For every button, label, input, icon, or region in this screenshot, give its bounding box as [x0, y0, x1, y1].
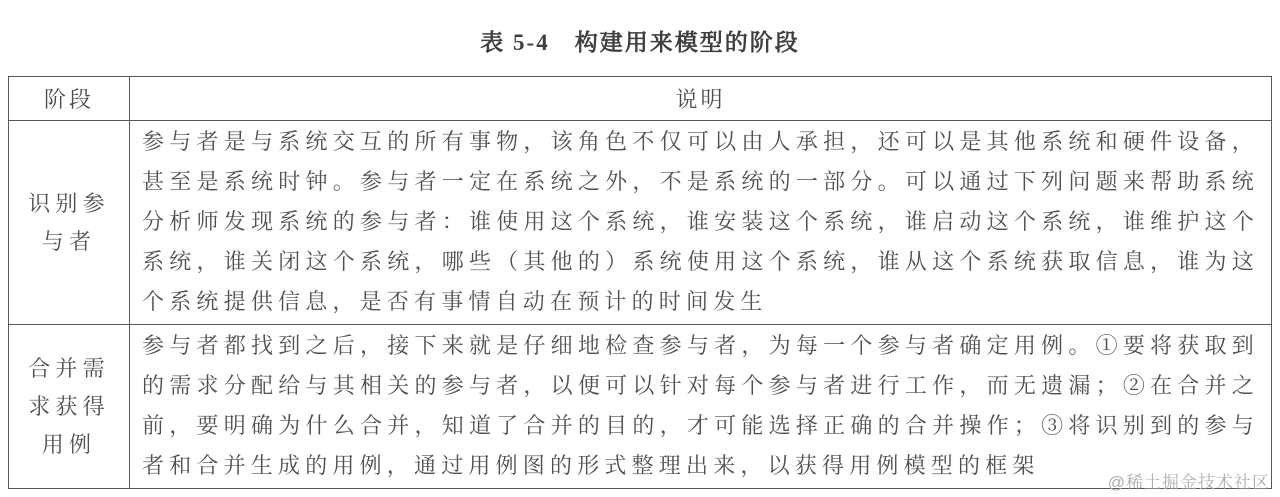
table-header-row: 阶段 说明	[9, 77, 1272, 121]
document-page: 表 5-4 构建用来模型的阶段 阶段 说明 识别参与者 参与者是与系统交互的所有…	[0, 0, 1280, 497]
watermark: @稀土掘金技术社区	[1108, 468, 1270, 493]
column-header-description: 说明	[130, 77, 1272, 121]
stages-table: 阶段 说明 识别参与者 参与者是与系统交互的所有事物，该角色不仅可以由人承担，还…	[8, 76, 1272, 489]
stage-label: 合并需求获得用例	[27, 350, 111, 464]
table-row: 识别参与者 参与者是与系统交互的所有事物，该角色不仅可以由人承担，还可以是其他系…	[9, 121, 1272, 325]
table-caption: 表 5-4 构建用来模型的阶段	[0, 0, 1280, 76]
stage-cell: 合并需求获得用例	[9, 325, 130, 489]
stage-description: 参与者都找到之后，接下来就是仔细地检查参与者，为每一个参与者确定用例。①要将获取…	[130, 325, 1272, 489]
stage-cell: 识别参与者	[9, 121, 130, 325]
stage-label: 识别参与者	[27, 185, 111, 261]
column-header-stage: 阶段	[9, 77, 130, 121]
table-row: 合并需求获得用例 参与者都找到之后，接下来就是仔细地检查参与者，为每一个参与者确…	[9, 325, 1272, 489]
stage-description: 参与者是与系统交互的所有事物，该角色不仅可以由人承担，还可以是其他系统和硬件设备…	[130, 121, 1272, 325]
